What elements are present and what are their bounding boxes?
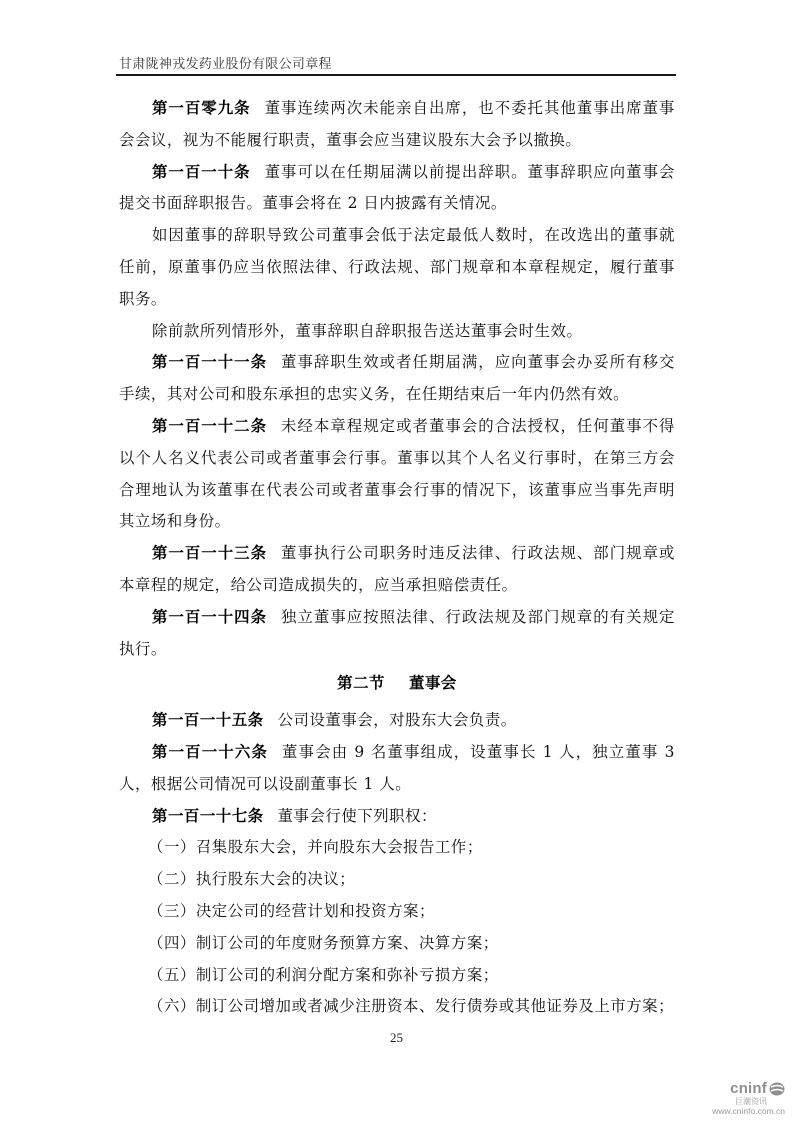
cninfo-logo-icon [769, 1082, 785, 1096]
cninfo-watermark: cninf 巨潮资讯 www.cninfo.com.cn [695, 1080, 785, 1116]
header-title: 甘肃陇神戎发药业股份有限公司章程 [119, 53, 332, 72]
article-number: 第一百一十条 [152, 163, 251, 181]
article-111: 第一百一十一条董事辞职生效或者任期届满，应向董事会办妥所有移交手续，其对公司和股… [119, 347, 675, 411]
article-number: 第一百一十二条 [152, 417, 267, 435]
article-114: 第一百一十四条独立董事应按照法律、行政法规及部门规章的有关规定执行。 [119, 602, 675, 666]
article-115: 第一百一十五条公司设董事会，对股东大会负责。 [119, 705, 675, 737]
article-text: 董事会行使下列职权： [278, 807, 437, 825]
power-item: （三）决定公司的经营计划和投资方案； [119, 896, 675, 928]
article-number: 第一百一十七条 [152, 807, 264, 825]
article-110-clause-3: 除前款所列情形外，董事辞职自辞职报告送达董事会时生效。 [119, 316, 675, 348]
section-title: 董事会 [409, 674, 457, 692]
power-item: （五）制订公司的利润分配方案和弥补亏损方案； [119, 960, 675, 992]
article-110: 第一百一十条董事可以在任期届满以前提出辞职。董事辞职应向董事会提交书面辞职报告。… [119, 157, 675, 221]
article-113: 第一百一十三条董事执行公司职务时违反法律、行政法规、部门规章或本章程的规定，给公… [119, 538, 675, 602]
article-number: 第一百零九条 [152, 99, 251, 117]
page-header: 甘肃陇神戎发药业股份有限公司章程 [116, 52, 676, 76]
document-body: 第一百零九条董事连续两次未能亲自出席，也不委托其他董事出席董事会会议，视为不能履… [119, 93, 675, 1023]
article-109: 第一百零九条董事连续两次未能亲自出席，也不委托其他董事出席董事会会议，视为不能履… [119, 93, 675, 157]
power-item: （六）制订公司增加或者减少注册资本、发行债券或其他证券及上市方案； [119, 991, 675, 1023]
article-text: 公司设董事会，对股东大会负责。 [278, 711, 517, 729]
power-item: （四）制订公司的年度财务预算方案、决算方案； [119, 928, 675, 960]
article-number: 第一百一十四条 [152, 608, 267, 626]
article-number: 第一百一十六条 [152, 743, 268, 761]
power-item: （一）召集股东大会，并向股东大会报告工作； [119, 832, 675, 864]
article-112: 第一百一十二条未经本章程规定或者董事会的合法授权，任何董事不得以个人名义代表公司… [119, 411, 675, 538]
watermark-brand: cninf [730, 1080, 767, 1097]
article-number: 第一百一十一条 [152, 353, 267, 371]
article-text: 除前款所列情形外，董事辞职自辞职报告送达董事会时生效。 [152, 322, 582, 340]
article-number: 第一百一十三条 [152, 544, 267, 562]
article-text: 如因董事的辞职导致公司董事会低于法定最低人数时，在改选出的董事就任前，原董事仍应… [119, 226, 675, 308]
section-number: 第二节 [337, 674, 385, 692]
page-number: 25 [0, 1030, 793, 1046]
power-item: （二）执行股东大会的决议； [119, 864, 675, 896]
article-number: 第一百一十五条 [152, 711, 264, 729]
section-heading: 第二节董事会 [119, 665, 675, 705]
article-110-clause-2: 如因董事的辞职导致公司董事会低于法定最低人数时，在改选出的董事就任前，原董事仍应… [119, 220, 675, 315]
article-116: 第一百一十六条董事会由 9 名董事组成，设董事长 1 人，独立董事 3 人，根据… [119, 737, 675, 801]
watermark-url: www.cninfo.com.cn [695, 1106, 785, 1116]
article-117: 第一百一十七条董事会行使下列职权： [119, 801, 675, 833]
watermark-brand-cn: 巨潮资讯 [695, 1097, 785, 1106]
